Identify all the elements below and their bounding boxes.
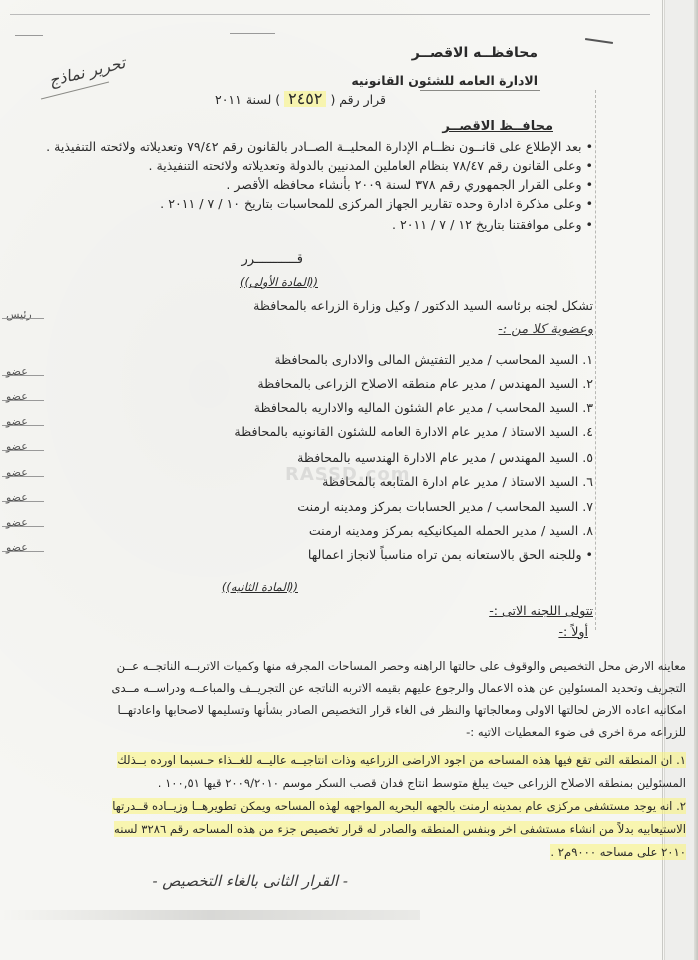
paper-edge [664, 0, 698, 960]
role-label: عضو [6, 541, 28, 554]
point-line: ٢٠١٠ على مساحه ٩٠٠٠م٢ . [550, 844, 686, 860]
fold-line [662, 0, 663, 960]
document-title: محافــظ الاقصــر [442, 119, 553, 135]
article-two-intro: تتولى اللجنه الاتى :- [489, 603, 593, 619]
department-underline [420, 90, 540, 91]
role-line [2, 400, 44, 401]
member-item: ١. السيد المحاسب / مدير التفتيش المالى و… [274, 352, 593, 368]
role-line [2, 501, 44, 502]
role-label: رئيس [6, 308, 32, 321]
preamble-item: • وعلى القرار الجمهوري رقم ٣٧٨ لسنة ٢٠٠٩… [226, 177, 593, 193]
role-label: عضو [6, 390, 28, 403]
top-border-line [10, 14, 650, 15]
role-label: عضو [6, 365, 28, 378]
edge-shadow [694, 0, 698, 960]
paragraph-line: معاينه الارض محل التخصيص والوقوف على حال… [117, 658, 686, 674]
preamble-item: • بعد الإطلاع على قانــون نظــام الإدارة… [46, 139, 593, 155]
preamble-item: • وعلى موافقتنا بتاريخ ١٢ / ٧ / ٢٠١١ . [392, 217, 593, 233]
role-line [2, 425, 44, 426]
decree-number: ٢٤٥٢ [284, 91, 326, 107]
department-name: الادارة العامه للشئون القانونيه [351, 73, 538, 89]
membership-label: وعضوية كلا من :- [498, 322, 593, 338]
point-line: المسئولين بمنطقه الاصلاح الزراعى حيث يبل… [158, 775, 686, 791]
role-line [2, 375, 44, 376]
decides-heading: قـــــــــــرر [241, 252, 303, 268]
role-line [2, 318, 44, 319]
preamble-item: • وعلى مذكرة ادارة وحده تقارير الجهاز ال… [160, 196, 593, 212]
article-one-heading: ((المادة الأولى)) [240, 274, 318, 290]
scan-mark [230, 33, 275, 34]
watermark: RASSD.com [285, 464, 410, 485]
first-label: أولاً :- [558, 624, 588, 640]
paragraph-line: التجريف وتحديد المسئولين عن هذه الاعمال … [111, 680, 686, 696]
article-one-intro: تشكل لجنه برئاسه السيد الدكتور / وكيل وز… [253, 298, 593, 314]
role-line [2, 551, 44, 552]
article-two-heading: ((المادة الثانيه)) [222, 579, 298, 595]
decree-number-line: قرار رقم ( ٢٤٥٢ ) لسنة ٢٠١١ [215, 91, 386, 108]
role-label: عضو [6, 440, 28, 453]
article-one-closing: • وللجنه الحق بالاستعانه بمن تراه مناسبا… [308, 547, 593, 563]
member-item: ٢. السيد المهندس / مدير عام منطقه الاصلا… [257, 376, 593, 392]
scan-smear [0, 910, 420, 920]
margin-dashed-line [595, 90, 596, 630]
handwritten-footer: - القرار الثانى بالغاء التخصيص - [152, 873, 348, 889]
paragraph-line: امكانيه اعاده الارض لحالتها الاولى ومعال… [118, 702, 686, 718]
handwritten-note: تحرير نماذج [47, 53, 127, 90]
scanned-document-page: محافظــه الاقصــر الادارة العامه للشئون … [0, 0, 698, 960]
decree-prefix: قرار رقم ( [330, 92, 386, 107]
point-line: ٢. انه يوجد مستشفى مركزى عام بمدينه ارمن… [112, 798, 686, 814]
member-item: ٣. السيد المحاسب / مدير عام الشئون المال… [254, 400, 593, 416]
point-line: ١. ان المنطقه التى تقع فيها هذه المساحه … [117, 752, 686, 768]
role-label: عضو [6, 516, 28, 529]
scan-mark [585, 38, 613, 44]
role-label: عضو [6, 466, 28, 479]
preamble-item: • وعلى القانون رقم ٧٨/٤٧ بنظام العاملين … [148, 158, 593, 174]
role-label: عضو [6, 415, 28, 428]
member-item: ٤. السيد الاستاذ / مدير عام الادارة العا… [234, 424, 593, 440]
member-item: ٨. السيد / مدير الحمله الميكانيكيه بمركز… [309, 523, 593, 539]
decree-suffix: ) لسنة ٢٠١١ [215, 92, 280, 107]
role-line [2, 476, 44, 477]
scan-mark [15, 35, 43, 36]
role-line [2, 450, 44, 451]
role-line [2, 526, 44, 527]
paragraph-line: للزراعه مرة اخرى فى ضوء المعطيات الاتيه … [466, 724, 686, 740]
member-item: ٧. السيد المحاسب / مدير الحسابات بمركز و… [297, 499, 593, 515]
governorate-name: محافظــه الاقصــر [412, 45, 538, 61]
role-label: عضو [6, 491, 28, 504]
point-line: الاستيعابيه بدلاً من انشاء مستشفى اخر وب… [114, 821, 686, 837]
